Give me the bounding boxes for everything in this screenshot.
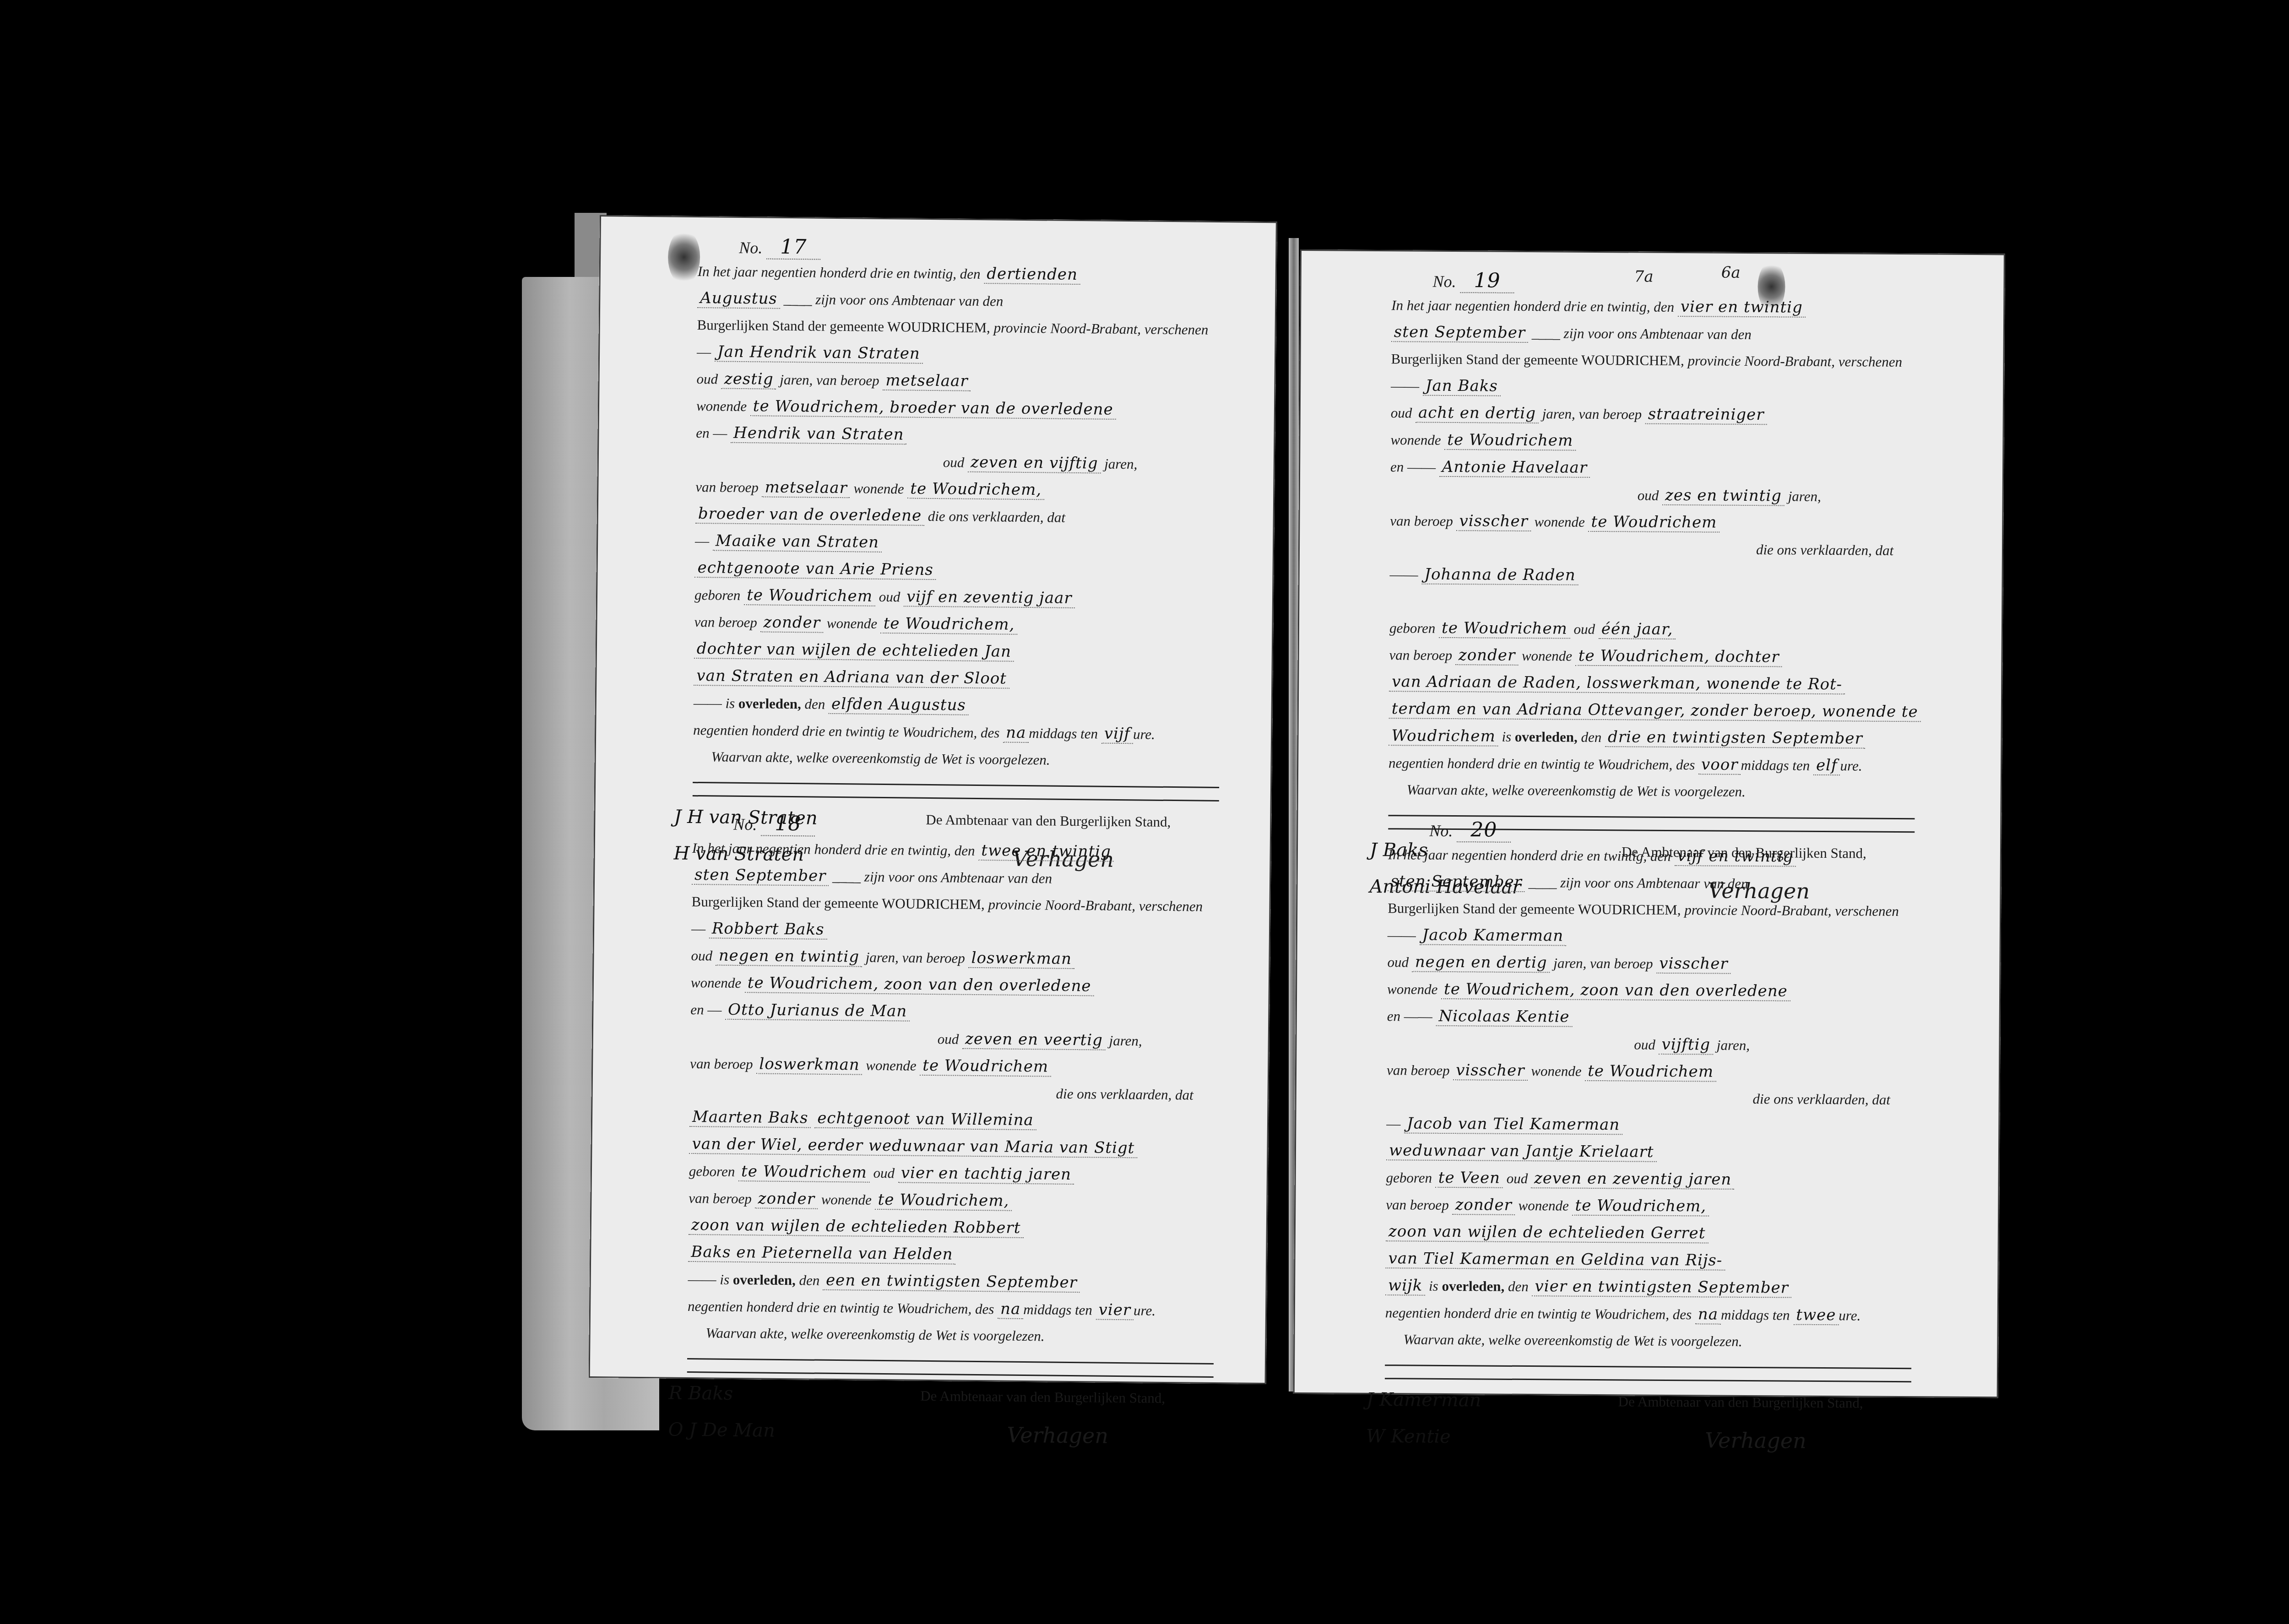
divider — [1385, 1364, 1911, 1369]
record-number: No. 19 — [1432, 269, 1941, 295]
right-page: 7a 6a No. 19 In het jaar negentien honde… — [1293, 249, 2005, 1398]
death-date: vier en twintigsten September — [1532, 1277, 1791, 1298]
official-label: De Ambtenaar van den Burgerlijken Stand, — [920, 1388, 1165, 1407]
witness-signature: R Baks — [668, 1383, 733, 1404]
left-page: No. 17 In het jaar negentien honderd dri… — [589, 215, 1277, 1384]
deceased-name: Maarten Baks — [689, 1108, 811, 1128]
record-number: No. 20 — [1429, 818, 1937, 844]
witness-signature: J Kamerman — [1367, 1389, 1481, 1411]
divider — [687, 1371, 1214, 1378]
declarant1-name: Jan Hendrik van Straten — [715, 342, 923, 363]
deceased-name: Jacob van Tiel Kamerman — [1404, 1114, 1622, 1135]
official-signature: Verhagen — [1007, 1423, 1108, 1448]
record-20: No. 20 In het jaar negentien honderd dri… — [1384, 817, 1938, 1479]
signatures: J Kamerman W Kentie De Ambtenaar van den… — [1384, 1389, 1934, 1479]
declarant1-name: Robbert Baks — [709, 919, 827, 939]
signatures: R Baks O J De Man De Ambtenaar van den B… — [686, 1383, 1237, 1475]
deceased-name: Maaike van Straten — [713, 531, 882, 552]
divider — [693, 795, 1219, 801]
official-signature: Verhagen — [1705, 1428, 1806, 1453]
record-date: dertienden — [984, 265, 1080, 285]
declarant1-name: Jan Baks — [1423, 377, 1501, 396]
declarant1-name: Jacob Kamerman — [1419, 926, 1566, 946]
divider — [1385, 1378, 1911, 1382]
record-18: No. 18 In het jaar negentien honderd dri… — [686, 811, 1242, 1475]
record-17: No. 17 In het jaar negentien honderd dri… — [692, 234, 1248, 899]
divider — [693, 782, 1219, 788]
witness-signature: W Kentie — [1366, 1426, 1451, 1447]
death-date: elfden Augustus — [829, 695, 969, 715]
declarant2-name: Hendrik van Straten — [731, 424, 907, 445]
declarant2-name: Nicolaas Kentie — [1436, 1007, 1572, 1027]
divider — [687, 1358, 1214, 1364]
witness-signature: O J De Man — [668, 1419, 775, 1441]
official-label: De Ambtenaar van den Burgerlijken Stand, — [1618, 1393, 1863, 1411]
declarant2-name: Antonie Havelaar — [1439, 458, 1590, 478]
deceased-name: Johanna de Raden — [1421, 565, 1578, 585]
death-date: een en twintigsten September — [823, 1271, 1080, 1293]
death-date: drie en twintigsten September — [1605, 728, 1866, 748]
ink-stain — [668, 229, 700, 285]
declarant2-name: Otto Jurianus de Man — [725, 1001, 910, 1022]
